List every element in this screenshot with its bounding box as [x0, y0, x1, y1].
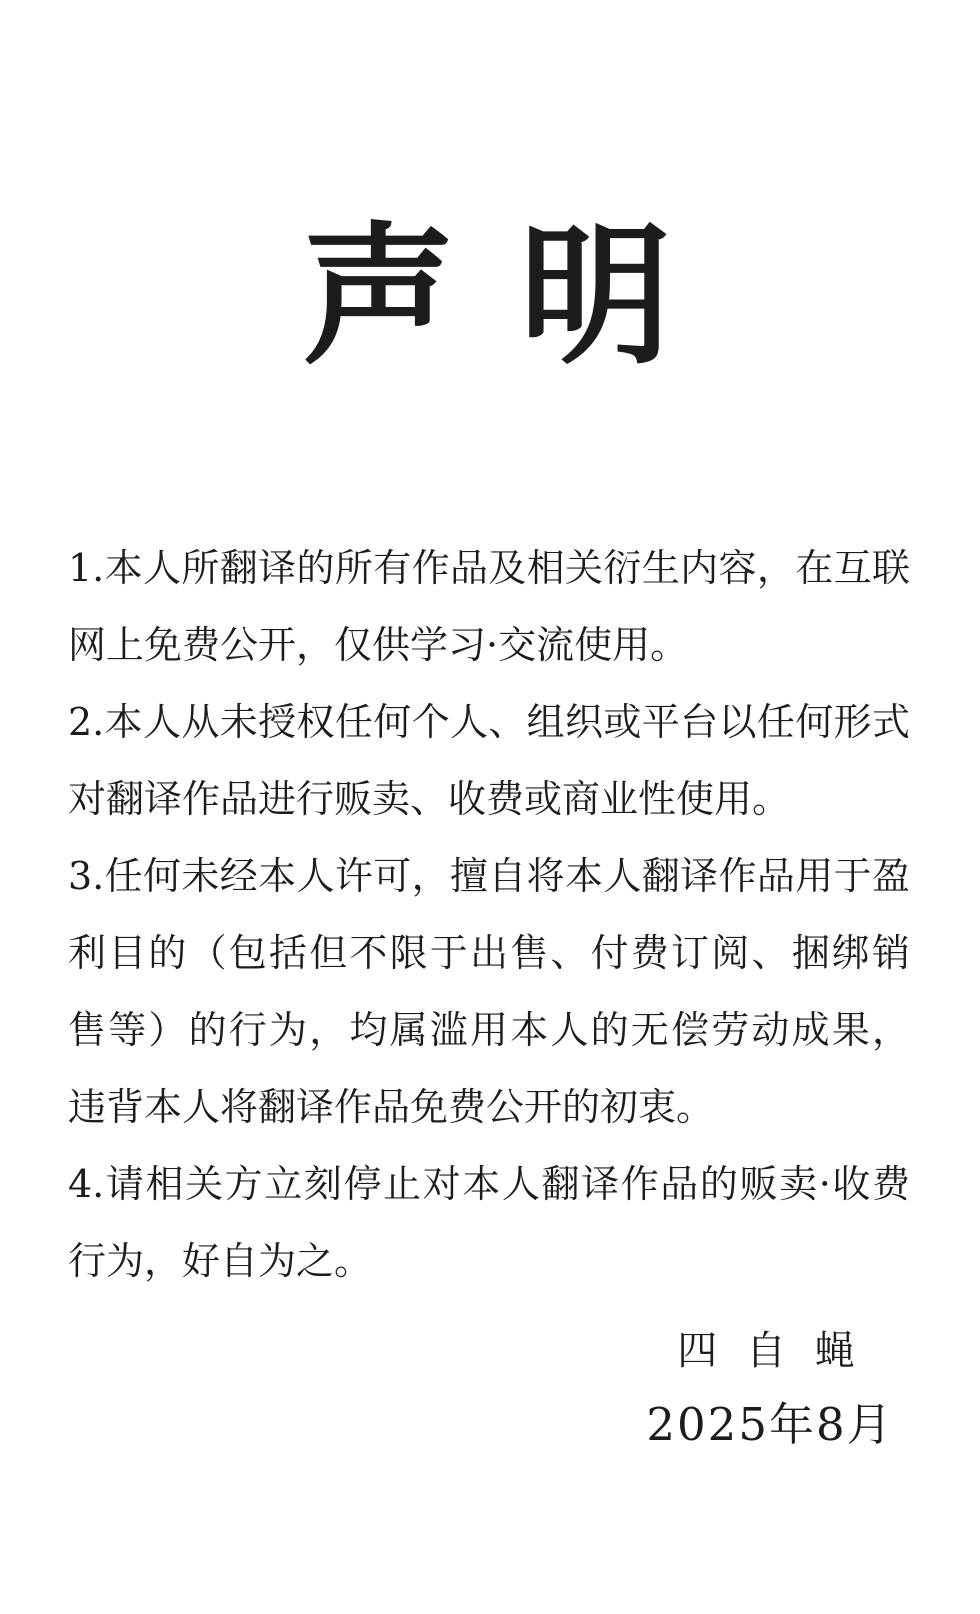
statement-line: 售等）的行为，均属滥用本人的无偿劳动成果，: [68, 992, 910, 1069]
statement-line: 4.请相关方立刻停止对本人翻译作品的贩卖·收费: [68, 1146, 910, 1223]
statement-line: 网上免费公开，仅供学习·交流使用。: [68, 607, 910, 684]
paragraph-1: 1.本人所翻译的所有作品及相关衍生内容，在互联 网上免费公开，仅供学习·交流使用…: [68, 530, 910, 684]
paragraph-4: 4.请相关方立刻停止对本人翻译作品的贩卖·收费 行为，好自为之。: [68, 1146, 910, 1300]
statement-line: 1.本人所翻译的所有作品及相关衍生内容，在互联: [68, 530, 910, 607]
paragraph-3: 3.任何未经本人许可，擅自将本人翻译作品用于盈 利目的（包括但不限于出售、付费订…: [68, 838, 910, 1146]
statement-line: 对翻译作品进行贩卖、收费或商业性使用。: [68, 761, 910, 838]
date: 2025年8月: [560, 1388, 980, 1462]
statement-line: 3.任何未经本人许可，擅自将本人翻译作品用于盈: [68, 838, 910, 915]
statement-document-page: 声 明 1.本人所翻译的所有作品及相关衍生内容，在互联 网上免费公开，仅供学习·…: [0, 0, 980, 1614]
document-title: 声 明: [0, 212, 980, 380]
statement-line: 行为，好自为之。: [68, 1223, 910, 1300]
statement-line: 利目的（包括但不限于出售、付费订阅、捆绑销: [68, 915, 910, 992]
document-body: 1.本人所翻译的所有作品及相关衍生内容，在互联 网上免费公开，仅供学习·交流使用…: [68, 530, 910, 1300]
paragraph-2: 2.本人从未授权任何个人、组织或平台以任何形式 对翻译作品进行贩卖、收费或商业性…: [68, 684, 910, 838]
signature-block: 四 自 蝇 2025年8月: [560, 1314, 980, 1462]
statement-line: 2.本人从未授权任何个人、组织或平台以任何形式: [68, 684, 910, 761]
signature: 四 自 蝇: [560, 1314, 980, 1388]
statement-line: 违背本人将翻译作品免费公开的初衷。: [68, 1069, 910, 1146]
